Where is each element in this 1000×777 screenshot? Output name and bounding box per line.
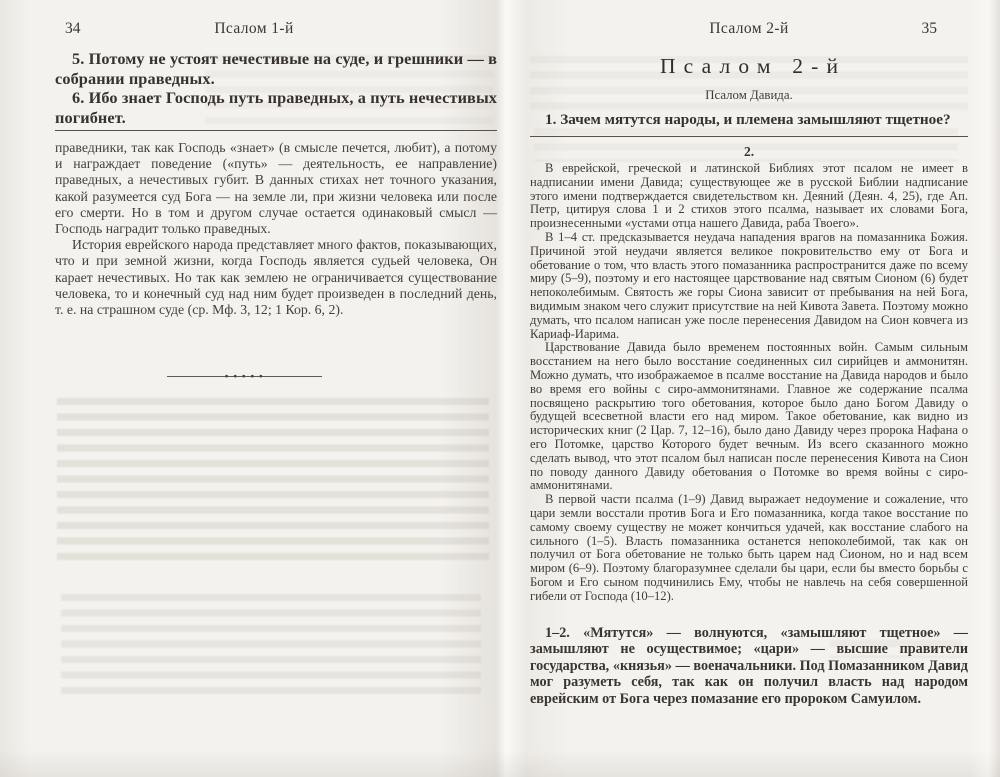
running-header: Псалом 2-й <box>530 20 968 38</box>
section-heading: 2. <box>530 144 968 160</box>
bleed-through-text <box>61 594 481 700</box>
commentary-paragraph: В еврейской, греческой и латинской Библи… <box>530 162 968 231</box>
psalm-verse: 5. Потому не устоят нечестивые на суде, … <box>55 49 497 88</box>
section-rule <box>530 136 968 137</box>
section-rule <box>55 130 497 131</box>
right-page-header: Псалом 2-й 35 <box>530 20 968 38</box>
psalm-verse: 6. Ибо знает Господь путь праведных, а п… <box>55 88 497 127</box>
bleed-through-text <box>57 398 489 568</box>
commentary-paragraph: История еврейского народа представляет м… <box>55 237 497 318</box>
page-number: 35 <box>922 20 938 38</box>
psalm-verses: 5. Потому не устоят нечестивые на суде, … <box>55 49 497 127</box>
psalm-verses: 1. Зачем мятутся народы, и племена замыш… <box>530 110 968 130</box>
ornament-dots: ● ● ● ● ● <box>167 372 322 381</box>
psalm-title: Псалом 2-й <box>530 54 968 79</box>
commentary-note-paragraph: 1–2. «Мятутся» — волнуются, «замышляют т… <box>530 625 968 707</box>
commentary-paragraph: В 1–4 ст. предсказывается неудача нападе… <box>530 231 968 341</box>
commentary-paragraph: Царствование Давида было временем постоя… <box>530 341 968 493</box>
psalm-verse: 1. Зачем мятутся народы, и племена замыш… <box>530 110 968 130</box>
running-header: Псалом 1-й <box>33 20 475 38</box>
psalm-subtitle: Псалом Давида. <box>530 88 968 103</box>
commentary-paragraph: праведники, так как Господь «знает» (в с… <box>55 140 497 237</box>
left-page: 34 Псалом 1-й 5. Потому не устоят нечест… <box>55 0 497 777</box>
commentary-paragraph: В первой части псалма (1–9) Давид выража… <box>530 493 968 603</box>
ornament-divider-icon: ● ● ● ● ● <box>167 372 322 381</box>
left-page-header: 34 Псалом 1-й <box>55 20 497 38</box>
commentary: праведники, так как Господь «знает» (в с… <box>55 140 497 318</box>
commentary: В еврейской, греческой и латинской Библи… <box>530 162 968 604</box>
commentary-note: 1–2. «Мятутся» — волнуются, «замышляют т… <box>530 625 968 707</box>
book-spread: 34 Псалом 1-й 5. Потому не устоят нечест… <box>0 0 1000 777</box>
right-page: Псалом 2-й 35 Псалом 2-й Псалом Давида. … <box>530 0 968 777</box>
